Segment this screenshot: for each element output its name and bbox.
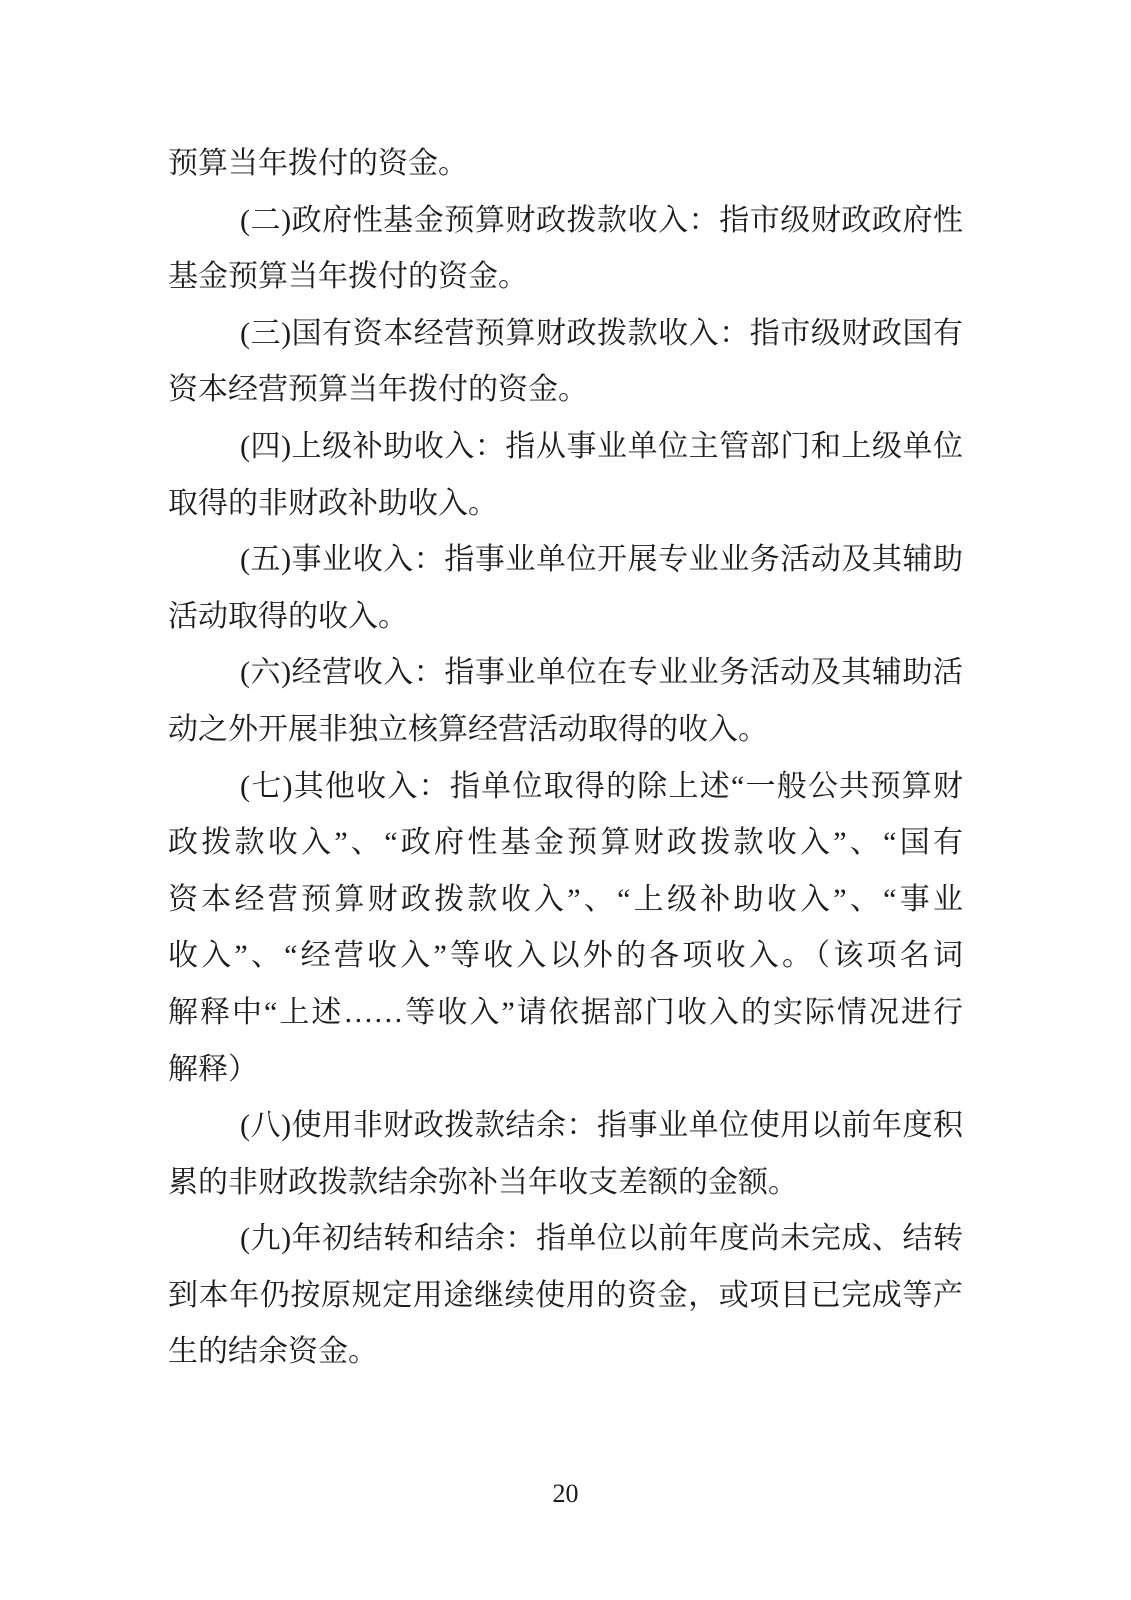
text-line: 取得的非财政补助收入。 [168, 476, 963, 533]
text-line: (八)使用非财政拨款结余：指事业单位使用以前年度积 [168, 1098, 963, 1155]
page-number: 20 [0, 1478, 1131, 1510]
text-line: (七)其他收入：指单位取得的除上述“一般公共预算财 [168, 759, 963, 816]
text-line: (四)上级补助收入：指从事业单位主管部门和上级单位 [168, 419, 963, 476]
text-line: 政拨款收入”、“政府性基金预算财政拨款收入”、“国有 [168, 815, 963, 872]
document-page: 预算当年拨付的资金。 (二)政府性基金预算财政拨款收入：指市级财政政府性 基金预… [0, 0, 1131, 1600]
text-line: (三)国有资本经营预算财政拨款收入：指市级财政国有 [168, 306, 963, 363]
text-line: (二)政府性基金预算财政拨款收入：指市级财政政府性 [168, 193, 963, 250]
text-line: (五)事业收入：指事业单位开展专业业务活动及其辅助 [168, 532, 963, 589]
text-line: 收入”、“经营收入”等收入以外的各项收入。（该项名词 [168, 928, 963, 985]
text-line: 资本经营预算财政拨款收入”、“上级补助收入”、“事业 [168, 872, 963, 929]
text-line: 动之外开展非独立核算经营活动取得的收入。 [168, 702, 963, 759]
text-line: 基金预算当年拨付的资金。 [168, 249, 963, 306]
text-line: 累的非财政拨款结余弥补当年收支差额的金额。 [168, 1155, 963, 1212]
text-line: 活动取得的收入。 [168, 589, 963, 646]
text-line: (六)经营收入：指事业单位在专业业务活动及其辅助活 [168, 645, 963, 702]
text-line: 解释中“上述……等收入”请依据部门收入的实际情况进行 [168, 985, 963, 1042]
text-line: (九)年初结转和结余：指单位以前年度尚未完成、结转 [168, 1211, 963, 1268]
text-line: 资本经营预算当年拨付的资金。 [168, 362, 963, 419]
text-line: 预算当年拨付的资金。 [168, 136, 963, 193]
text-line: 生的结余资金。 [168, 1324, 963, 1381]
document-body: 预算当年拨付的资金。 (二)政府性基金预算财政拨款收入：指市级财政政府性 基金预… [168, 136, 963, 1381]
text-line: 到本年仍按原规定用途继续使用的资金，或项目已完成等产 [168, 1268, 963, 1325]
text-line: 解释） [168, 1042, 963, 1099]
